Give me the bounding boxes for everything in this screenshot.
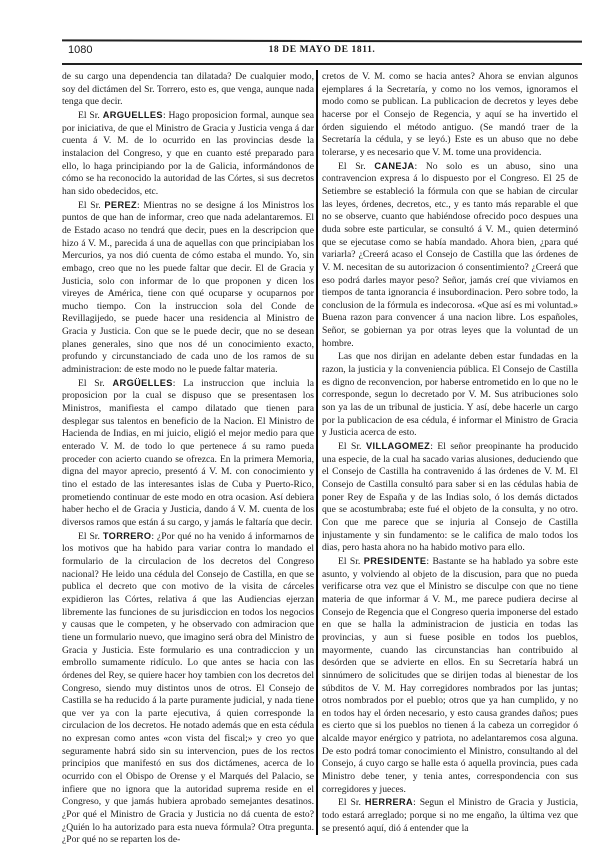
- speaker-name: CANEJA: [374, 161, 414, 171]
- paragraph: cretos de V. M. como se hacia antes? Aho…: [322, 70, 578, 160]
- paragraph: de su cargo una dependencia tan dilatada…: [62, 70, 314, 109]
- speaker-name: ARGUELLES: [103, 110, 163, 120]
- right-column: cretos de V. M. como se hacia antes? Aho…: [322, 70, 578, 835]
- paragraph: El Sr. ARGÜELLES: La instruccion que inc…: [62, 377, 314, 530]
- header-rule: [62, 63, 582, 65]
- paragraph: Las que nos dirijan en adelante deben es…: [322, 350, 578, 440]
- paragraph: El Sr. PEREZ: Mientras no se designe á l…: [62, 199, 314, 377]
- paragraph: El Sr. ARGUELLES: Hago proposicion forma…: [62, 109, 314, 199]
- left-column: de su cargo una dependencia tan dilatada…: [62, 70, 314, 846]
- header-date: 18 DE MAYO DE 1811.: [62, 45, 582, 55]
- paragraph: El Sr. PRESIDENTE: Bastante se ha hablad…: [322, 555, 578, 796]
- speaker-name: PRESIDENTE: [364, 556, 427, 566]
- paragraph: El Sr. VILLAGOMEZ: El señor preopinante …: [322, 440, 578, 555]
- speaker-name: ARGÜELLES: [113, 378, 173, 388]
- column-divider: [316, 70, 318, 835]
- paragraph: El Sr. CANEJA: No solo es un abuso, sino…: [322, 160, 578, 351]
- top-rule: [62, 39, 582, 42]
- speaker-name: VILLAGOMEZ: [366, 441, 430, 451]
- paragraph: El Sr. HERRERA: Segun el Ministro de Gra…: [322, 796, 578, 835]
- paragraph: El Sr. TORRERO: ¿Por qué no ha venido á …: [62, 530, 314, 846]
- speaker-name: HERRERA: [365, 797, 413, 807]
- speaker-name: TORRERO: [103, 531, 152, 541]
- page-header: 1080 18 DE MAYO DE 1811.: [62, 44, 582, 58]
- speaker-name: PEREZ: [104, 200, 137, 210]
